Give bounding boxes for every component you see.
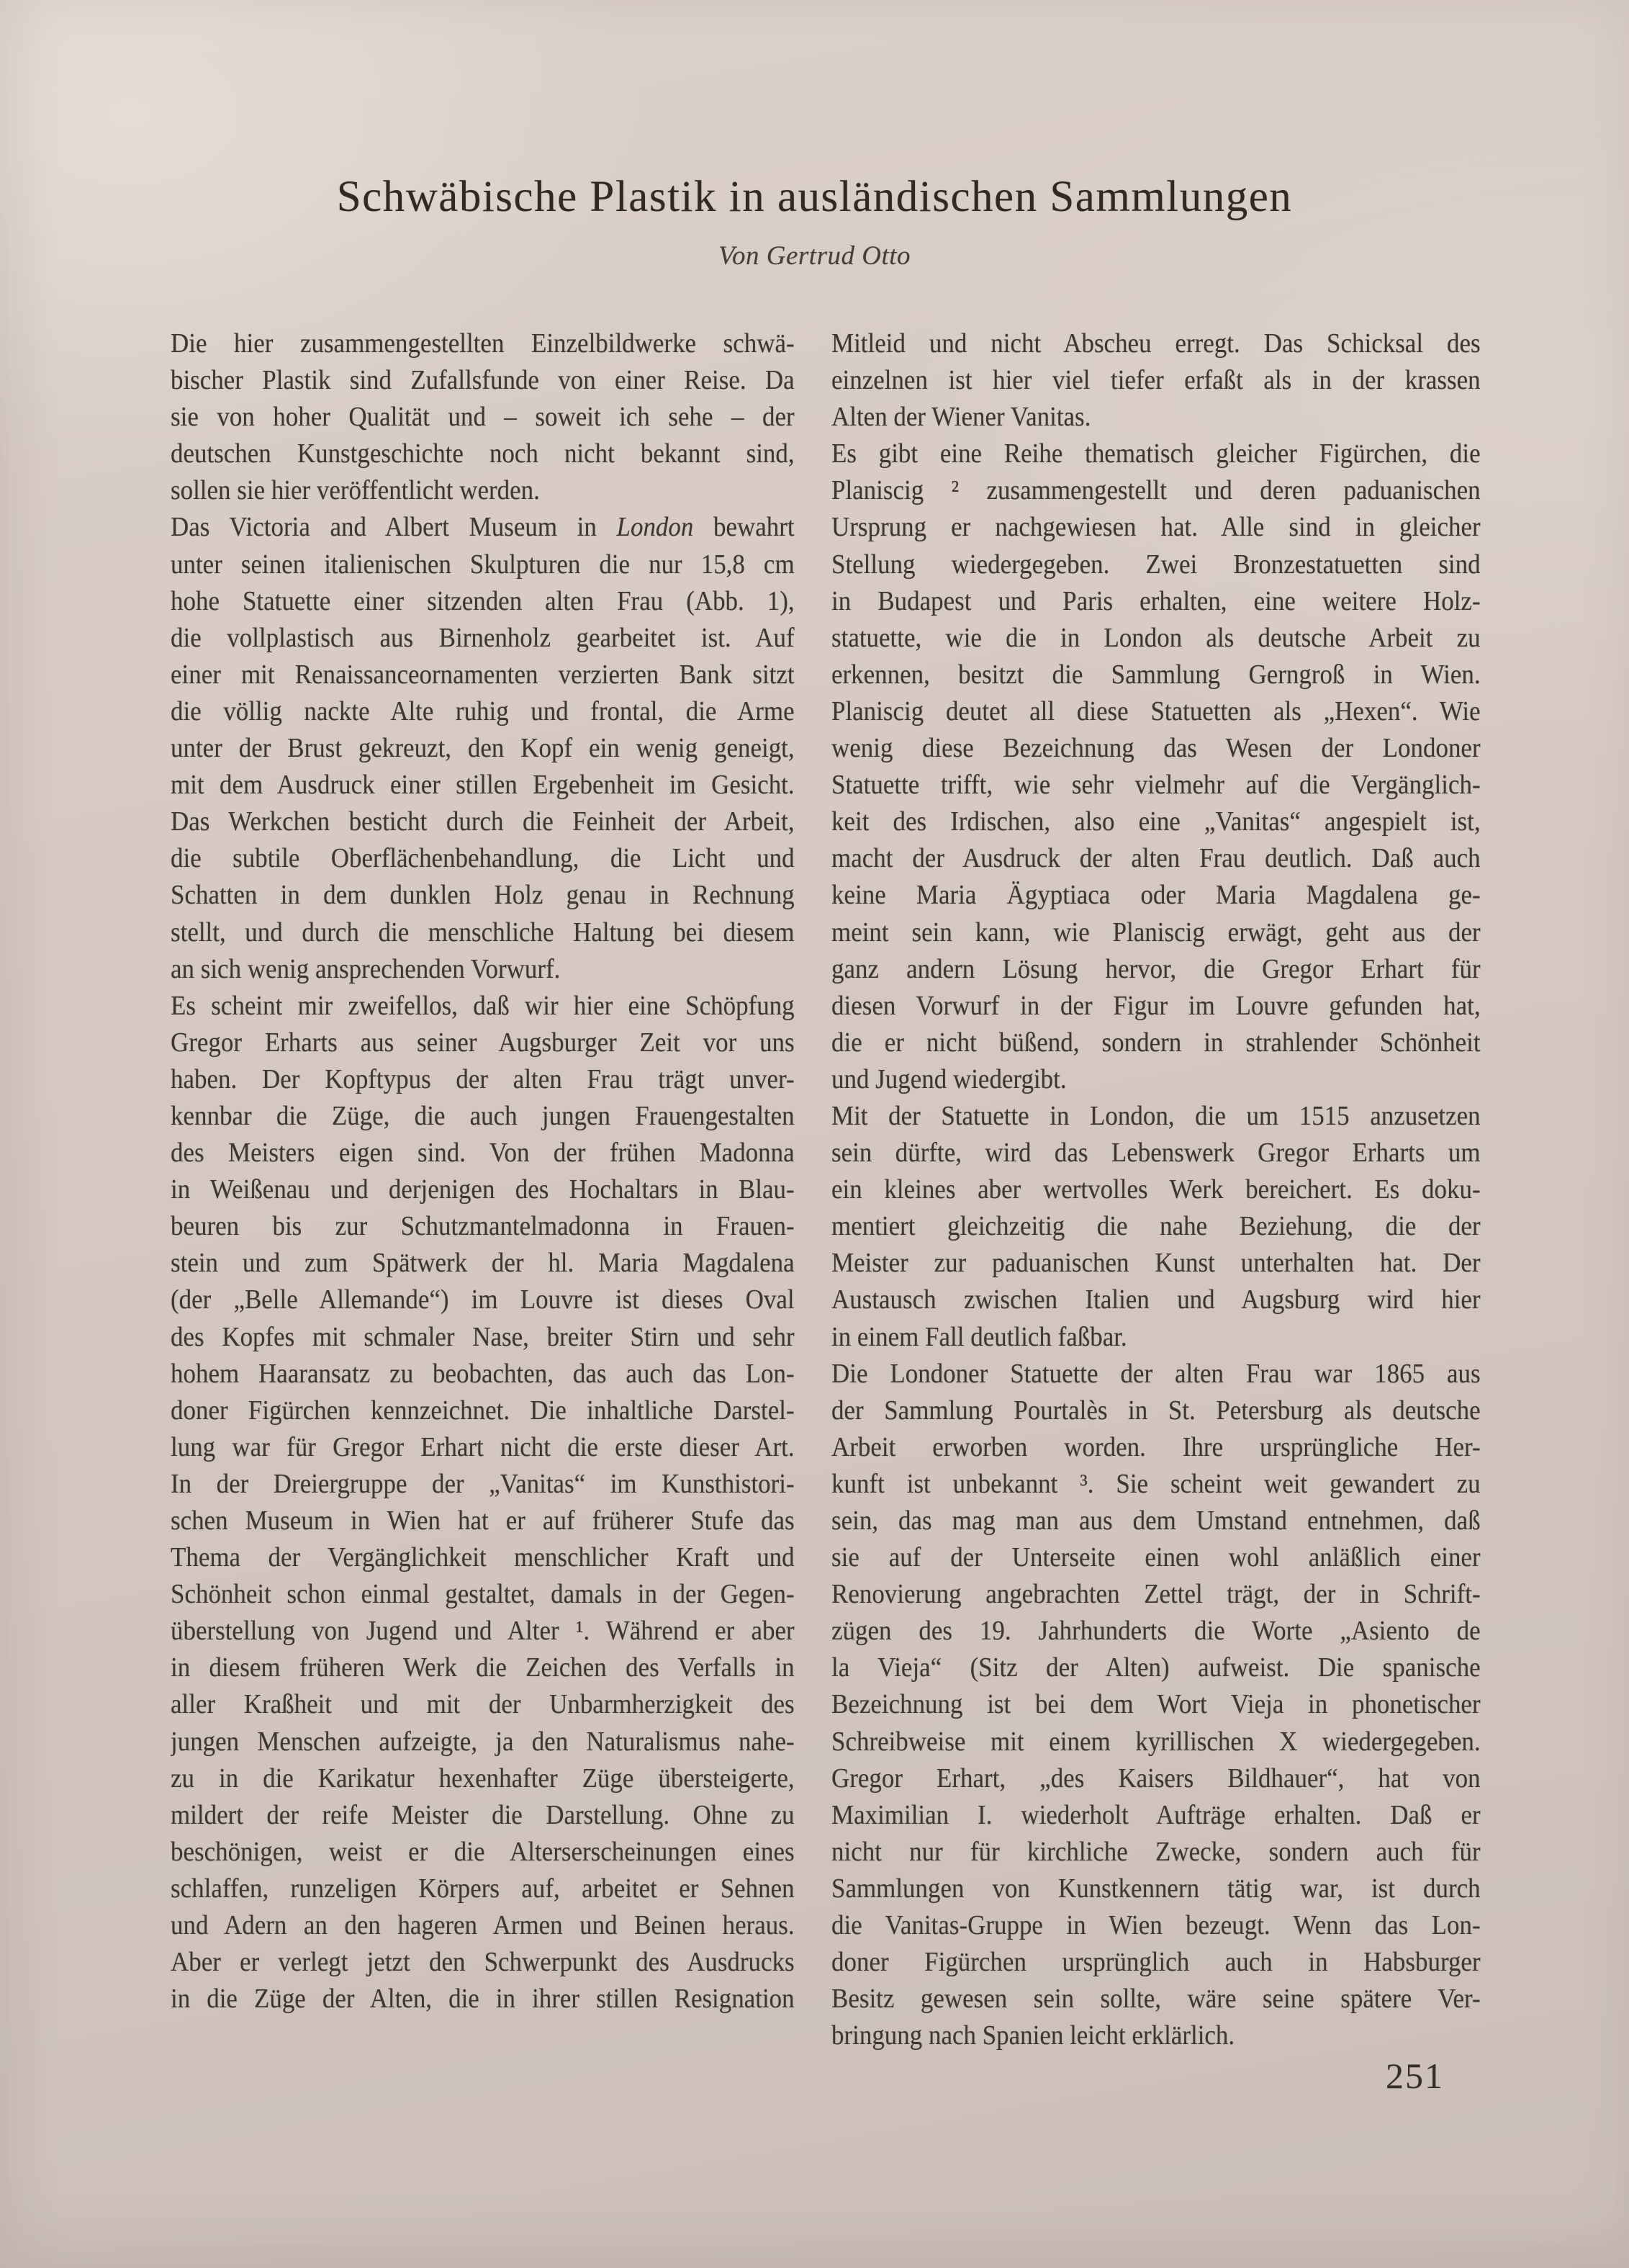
text-line: nicht nur für kirchliche Zwecke, sondern…: [831, 1834, 1481, 1871]
text-line: Meister zur paduanischen Kunst unterhalt…: [831, 1245, 1481, 1282]
text-line: beuren bis zur Schutzmantelmadonna in Fr…: [171, 1208, 795, 1245]
text-line: statuette, wie die in London als deutsch…: [831, 620, 1481, 657]
text-line: schlaffen, runzeligen Körpers auf, arbei…: [171, 1871, 795, 1907]
text-line: an sich wenig ansprechenden Vorwurf.: [171, 951, 795, 988]
text-line: unter der Brust gekreuzt, den Kopf ein w…: [171, 730, 795, 767]
text-line: die er nicht büßend, sondern in strahlen…: [831, 1025, 1481, 1061]
text-line: diesen Vorwurf in der Figur im Louvre ge…: [831, 988, 1481, 1025]
text-line: In der Dreiergruppe der „Vanitas“ im Kun…: [171, 1466, 795, 1503]
book-page: Schwäbische Plastik in ausländischen Sam…: [0, 0, 1629, 2268]
text-line: erkennen, besitzt die Sammlung Gerngroß …: [831, 657, 1481, 693]
text-line: hohe Statuette einer sitzenden alten Fra…: [171, 583, 795, 620]
text-line: Alten der Wiener Vanitas.: [831, 399, 1481, 436]
text-line: sein dürfte, wird das Lebenswerk Gregor …: [831, 1135, 1481, 1171]
text-line: stellt, und durch die menschliche Haltun…: [171, 914, 795, 951]
text-line: Bezeichnung ist bei dem Wort Vieja in ph…: [831, 1686, 1481, 1723]
text-line: beschönigen, weist er die Alterserschein…: [171, 1834, 795, 1871]
text-line: sie von hoher Qualität und – soweit ich …: [171, 399, 795, 436]
text-line: Ursprung er nachgewiesen hat. Alle sind …: [831, 509, 1481, 546]
text-line: wenig diese Bezeichnung das Wesen der Lo…: [831, 730, 1481, 767]
text-line: haben. Der Kopftypus der alten Frau träg…: [171, 1061, 795, 1098]
text-line: Arbeit erworben worden. Ihre ursprünglic…: [831, 1429, 1481, 1466]
text-line: Mit der Statuette in London, die um 1515…: [831, 1098, 1481, 1135]
text-line: unter seinen italienischen Skulpturen di…: [171, 546, 795, 583]
text-line: Gregor Erharts aus seiner Augsburger Zei…: [171, 1025, 795, 1061]
text-line: ganz andern Lösung hervor, die Gregor Er…: [831, 951, 1481, 988]
text-line: in einem Fall deutlich faßbar.: [831, 1319, 1481, 1356]
text-line: keit des Irdischen, also eine „Vanitas“ …: [831, 804, 1481, 840]
text-line: einzelnen ist hier viel tiefer erfaßt al…: [831, 362, 1481, 399]
text-line: in diesem früheren Werk die Zeichen des …: [171, 1650, 795, 1686]
text-line: sein, das mag man aus dem Umstand entneh…: [831, 1503, 1481, 1539]
article-title: Schwäbische Plastik in ausländischen Sam…: [0, 172, 1629, 222]
text-line: keine Maria Ägyptiaca oder Maria Magdale…: [831, 877, 1481, 914]
text-line: Stellung wiedergegeben. Zwei Bronzestatu…: [831, 546, 1481, 583]
text-line: bringung nach Spanien leicht erklärlich.: [831, 2017, 1481, 2054]
text-line: sie auf der Unterseite einen wohl anläßl…: [831, 1539, 1481, 1576]
text-line: mit dem Ausdruck einer stillen Ergebenhe…: [171, 767, 795, 804]
text-line: Maximilian I. wiederholt Aufträge erhalt…: [831, 1797, 1481, 1834]
text-line: der Sammlung Pourtalès in St. Petersburg…: [831, 1392, 1481, 1429]
text-line: Aber er verlegt jetzt den Schwerpunkt de…: [171, 1944, 795, 1981]
text-line: sollen sie hier veröffentlicht werden.: [171, 472, 795, 509]
text-line: macht der Ausdruck der alten Frau deutli…: [831, 840, 1481, 877]
text-line: in Weißenau und derjenigen des Hochaltar…: [171, 1171, 795, 1208]
text-line: mildert der reife Meister die Darstellun…: [171, 1797, 795, 1834]
text-line: des Kopfes mit schmaler Nase, breiter St…: [171, 1319, 795, 1356]
text-line: Mitleid und nicht Abscheu erregt. Das Sc…: [831, 325, 1481, 362]
text-line: Renovierung angebrachten Zettel trägt, d…: [831, 1576, 1481, 1613]
text-line: Das Werkchen besticht durch die Feinheit…: [171, 804, 795, 840]
text-line: Schatten in dem dunklen Holz genau in Re…: [171, 877, 795, 914]
text-line: Planiscig deutet all diese Statuetten al…: [831, 693, 1481, 730]
article-byline: Von Gertrud Otto: [0, 240, 1629, 271]
text-line: schen Museum in Wien hat er auf früherer…: [171, 1503, 795, 1539]
text-line: Es scheint mir zweifellos, daß wir hier …: [171, 988, 795, 1025]
text-line: (der „Belle Allemande“) im Louvre ist di…: [171, 1282, 795, 1318]
text-line: die subtile Oberflächenbehandlung, die L…: [171, 840, 795, 877]
text-line: Gregor Erhart, „des Kaisers Bildhauer“, …: [831, 1760, 1481, 1797]
text-column-left: Die hier zusammengestellten Einzelbildwe…: [171, 325, 795, 2017]
text-line: bischer Plastik sind Zufallsfunde von ei…: [171, 362, 795, 399]
text-line: lung war für Gregor Erhart nicht die ers…: [171, 1429, 795, 1466]
text-line: des Meisters eigen sind. Von der frühen …: [171, 1135, 795, 1171]
text-line: jungen Menschen aufzeigte, ja den Natura…: [171, 1724, 795, 1760]
text-line: zu in die Karikatur hexenhafter Züge übe…: [171, 1760, 795, 1797]
text-segment: bewahrt: [693, 512, 794, 542]
text-line: Die hier zusammengestellten Einzelbildwe…: [171, 325, 795, 362]
text-line: zügen des 19. Jahrhunderts die Worte „As…: [831, 1613, 1481, 1650]
italic-text-segment: London: [617, 512, 694, 542]
text-line: mentiert gleichzeitig die nahe Beziehung…: [831, 1208, 1481, 1245]
text-line: stein und zum Spätwerk der hl. Maria Mag…: [171, 1245, 795, 1282]
text-line: die vollplastisch aus Birnenholz gearbei…: [171, 620, 795, 657]
text-line: einer mit Renaissanceornamenten verziert…: [171, 657, 795, 693]
text-line: Das Victoria and Albert Museum in London…: [171, 509, 795, 546]
text-line: Die Londoner Statuette der alten Frau wa…: [831, 1356, 1481, 1392]
text-line: Es gibt eine Reihe thematisch gleicher F…: [831, 436, 1481, 472]
text-line: Planiscig ² zusammengestellt und deren p…: [831, 472, 1481, 509]
text-line: überstellung von Jugend und Alter ¹. Wäh…: [171, 1613, 795, 1650]
text-line: ein kleines aber wertvolles Werk bereich…: [831, 1171, 1481, 1208]
text-line: Schreibweise mit einem kyrillischen X wi…: [831, 1724, 1481, 1760]
text-line: in die Züge der Alten, die in ihrer stil…: [171, 1981, 795, 2017]
text-line: Austausch zwischen Italien und Augsburg …: [831, 1282, 1481, 1318]
text-line: aller Kraßheit und mit der Unbarmherzigk…: [171, 1686, 795, 1723]
text-line: und Adern an den hageren Armen und Beine…: [171, 1907, 795, 1944]
page-number: 251: [1386, 2055, 1444, 2097]
text-line: Sammlungen von Kunstkennern tätig war, i…: [831, 1871, 1481, 1907]
text-line: Statuette trifft, wie sehr vielmehr auf …: [831, 767, 1481, 804]
text-line: die Vanitas-Gruppe in Wien bezeugt. Wenn…: [831, 1907, 1481, 1944]
text-line: la Vieja“ (Sitz der Alten) aufweist. Die…: [831, 1650, 1481, 1686]
text-line: kunft ist unbekannt ³. Sie scheint weit …: [831, 1466, 1481, 1503]
text-column-right: Mitleid und nicht Abscheu erregt. Das Sc…: [831, 325, 1481, 2054]
text-segment: Das Victoria and Albert Museum in: [171, 512, 617, 542]
text-line: und Jugend wiedergibt.: [831, 1061, 1481, 1098]
text-line: deutschen Kunstgeschichte noch nicht bek…: [171, 436, 795, 472]
text-line: die völlig nackte Alte ruhig und frontal…: [171, 693, 795, 730]
text-line: doner Figürchen kennzeichnet. Die inhalt…: [171, 1392, 795, 1429]
text-line: Thema der Vergänglichkeit menschlicher K…: [171, 1539, 795, 1576]
text-line: Schönheit schon einmal gestaltet, damals…: [171, 1576, 795, 1613]
text-line: meint sein kann, wie Planiscig erwägt, g…: [831, 914, 1481, 951]
text-line: doner Figürchen ursprünglich auch in Hab…: [831, 1944, 1481, 1981]
text-line: in Budapest und Paris erhalten, eine wei…: [831, 583, 1481, 620]
text-line: hohem Haaransatz zu beobachten, das auch…: [171, 1356, 795, 1392]
text-line: kennbar die Züge, die auch jungen Frauen…: [171, 1098, 795, 1135]
text-line: Besitz gewesen sein sollte, wäre seine s…: [831, 1981, 1481, 2017]
